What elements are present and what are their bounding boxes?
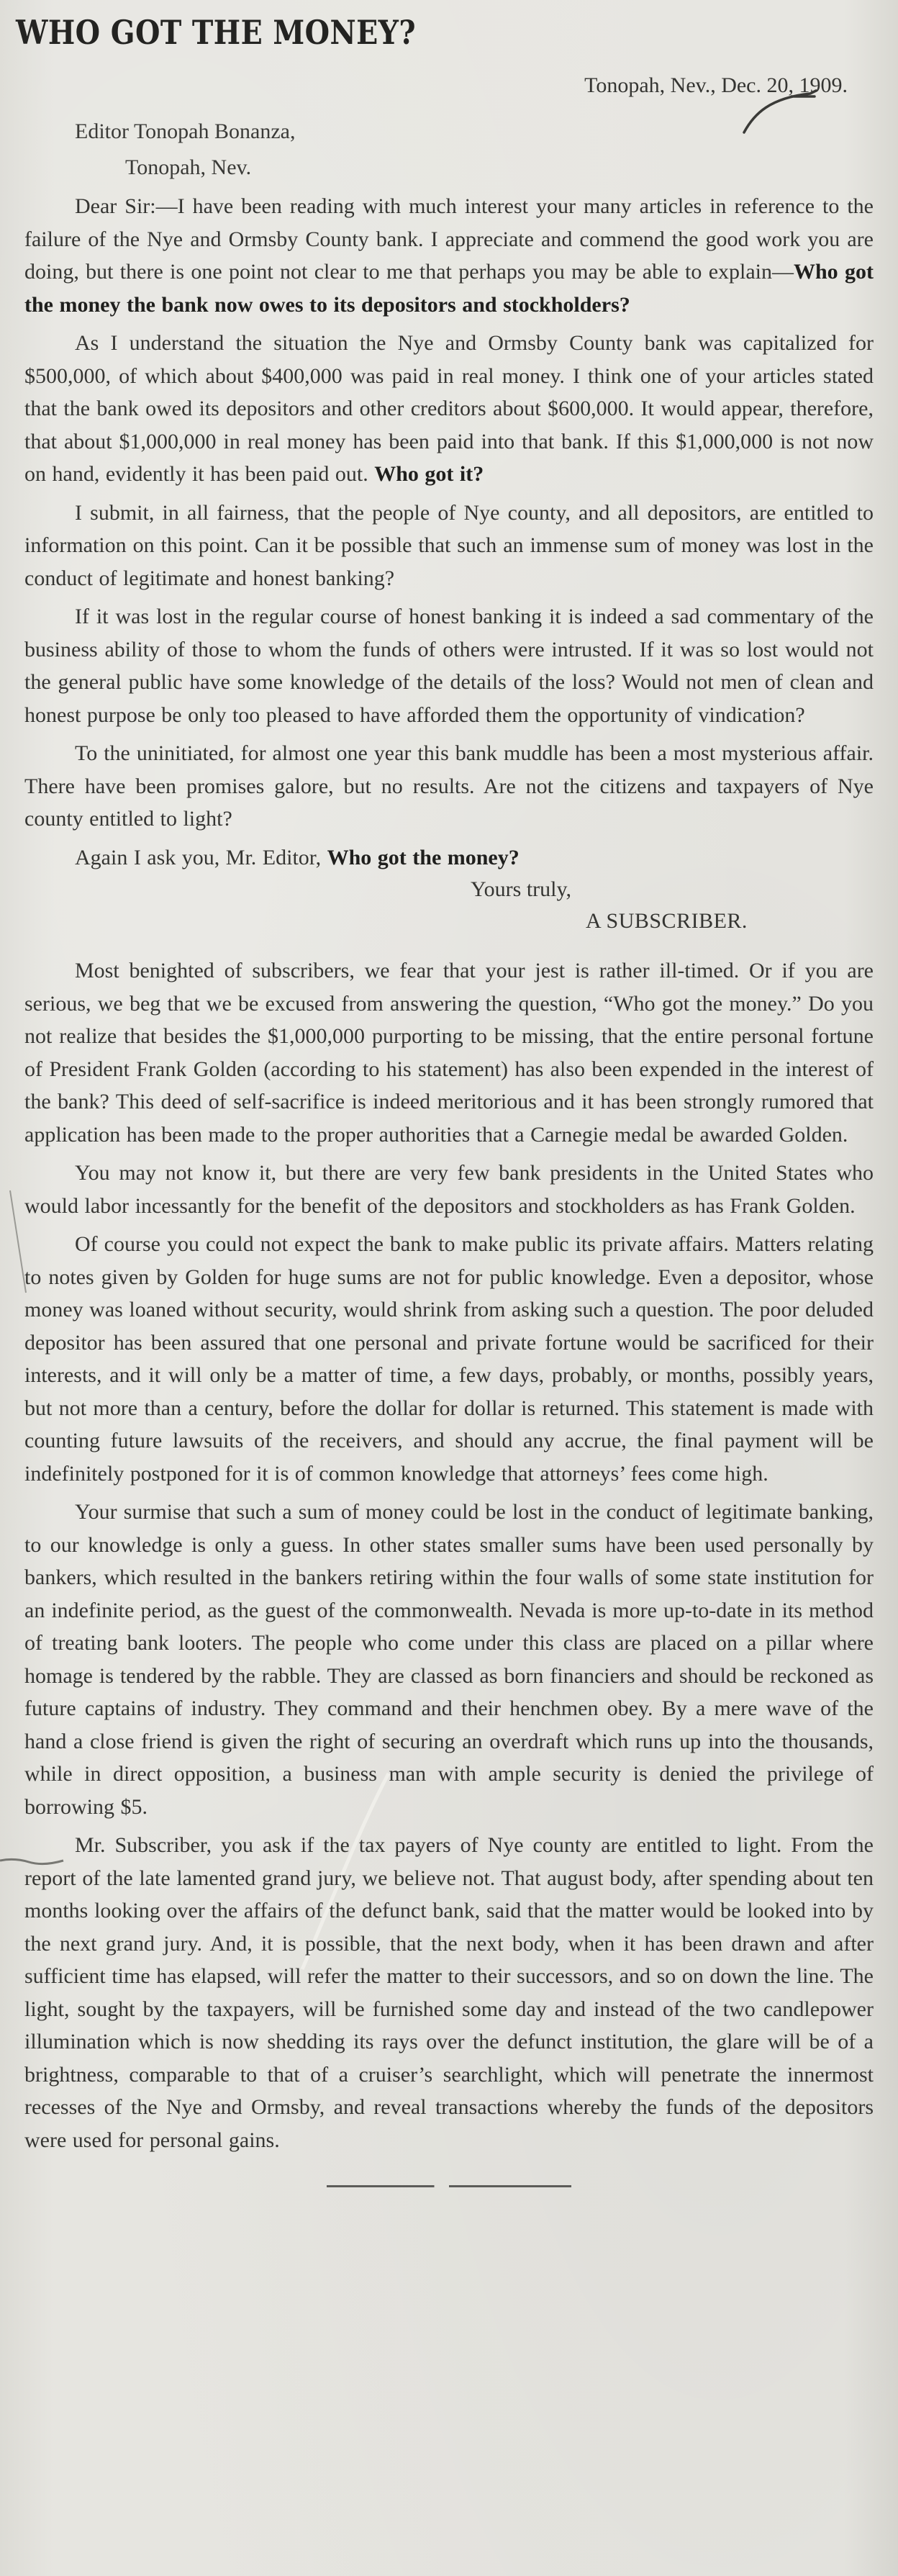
closing: Yours truly,: [24, 874, 874, 905]
signature: A SUBSCRIBER.: [24, 905, 874, 937]
newspaper-clipping: WHO GOT THE MONEY? Tonopah, Nev., Dec. 2…: [0, 0, 898, 2576]
paragraph-bold-question: Who got it?: [374, 462, 484, 486]
paragraph-text: If it was lost in the regular course of …: [24, 605, 874, 727]
editor-reply: Most benighted of subscribers, we fear t…: [24, 954, 874, 2156]
addressee-line-1: Editor Tonopah Bonanza,: [24, 114, 874, 150]
letter-paragraph: If it was lost in the regular course of …: [24, 600, 874, 731]
letter-paragraph: As I understand the situation the Nye an…: [24, 327, 874, 491]
paragraph-bold-question: Who got the money?: [327, 846, 520, 869]
reply-paragraph: Of course you could not expect the bank …: [24, 1228, 874, 1490]
addressee-line-2: Tonopah, Nev.: [24, 150, 874, 186]
letter-paragraph: Again I ask you, Mr. Editor, Who got the…: [24, 841, 874, 875]
paragraph-text: I submit, in all fairness, that the peop…: [24, 501, 874, 590]
reply-paragraph: You may not know it, but there are very …: [24, 1157, 874, 1222]
paragraph-text: To the uninitiated, for almost one year …: [24, 741, 874, 831]
end-rule-divider: [327, 2185, 571, 2187]
letter-body: Dear Sir:—I have been reading with much …: [24, 190, 874, 874]
article: WHO GOT THE MONEY? Tonopah, Nev., Dec. 2…: [24, 13, 874, 2187]
paragraph-text: Dear Sir:—I have been reading with much …: [24, 194, 874, 284]
reply-paragraph: Your surmise that such a sum of money co…: [24, 1496, 874, 1823]
paragraph-text: Again I ask you, Mr. Editor,: [75, 846, 327, 869]
dateline: Tonopah, Nev., Dec. 20, 1909.: [24, 73, 874, 98]
reply-paragraph: Most benighted of subscribers, we fear t…: [24, 954, 874, 1151]
letter-paragraph: Dear Sir:—I have been reading with much …: [24, 190, 874, 321]
letter-paragraph: To the uninitiated, for almost one year …: [24, 737, 874, 836]
letter-signoff: Yours truly, A SUBSCRIBER.: [24, 874, 874, 937]
reply-paragraph: Mr. Subscriber, you ask if the tax payer…: [24, 1829, 874, 2156]
headline: WHO GOT THE MONEY?: [16, 13, 753, 52]
letter-paragraph: I submit, in all fairness, that the peop…: [24, 497, 874, 595]
